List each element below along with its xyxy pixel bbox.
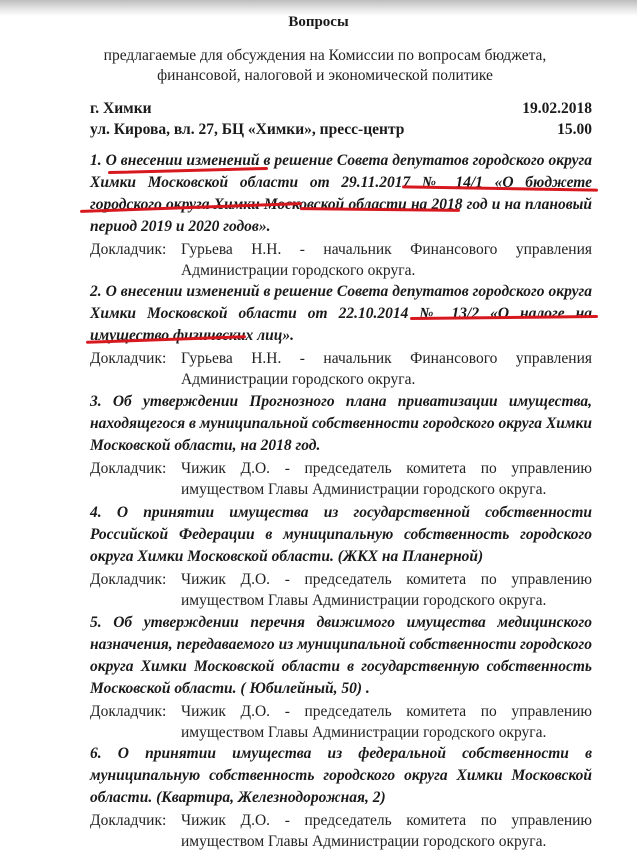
reporter-label: Докладчик: (90, 701, 181, 722)
meeting-time: 15.00 (557, 121, 592, 139)
reporter-row: Докладчик: Чижик Д.О. - председатель ком… (90, 458, 592, 479)
city: г. Химки (90, 100, 152, 118)
reporter-name: Чижик Д.О. - председатель комитета по уп… (181, 458, 592, 479)
agenda-item-title: 5. Об утверждении перечня движимого имущ… (90, 612, 592, 700)
agenda-item-title: 1. О внесении изменений в решение Совета… (90, 150, 592, 238)
reporter-row: Докладчик: Чижик Д.О. - председатель ком… (90, 569, 592, 590)
location-date-row: г. Химки 19.02.2018 (90, 100, 592, 118)
reporter-row: Докладчик: Гурьева Н.Н. - начальник Фина… (90, 348, 592, 369)
agenda-item-2: 2. О внесении изменений в решение Совета… (90, 281, 592, 390)
agenda-item-title: 3. Об утверждении Прогнозного плана прив… (90, 391, 592, 457)
reporter-position: Администрации городского округа. (90, 260, 592, 281)
reporter-label: Докладчик: (90, 348, 181, 369)
document-title: Вопросы (0, 14, 637, 31)
reporter-label: Докладчик: (90, 458, 181, 479)
document-subtitle: предлагаемые для обсуждения на Комиссии … (90, 46, 560, 86)
reporter-position: имуществом Главы Администрации городског… (90, 479, 592, 500)
reporter-label: Докладчик: (90, 810, 181, 831)
reporter-name: Чижик Д.О. - председатель комитета по уп… (181, 810, 592, 831)
reporter-row: Докладчик: Чижик Д.О. - председатель ком… (90, 810, 592, 831)
reporter-position: имуществом Главы Администрации городског… (90, 831, 592, 852)
address-time-row: ул. Кирова, вл. 27, БЦ «Химки», пресс-це… (90, 121, 592, 139)
agenda-item-3: 3. Об утверждении Прогнозного плана прив… (90, 391, 592, 500)
agenda-item-title: 4. О принятии имущества из государственн… (90, 502, 592, 568)
reporter-name: Чижик Д.О. - председатель комитета по уп… (181, 569, 592, 590)
reporter-label: Докладчик: (90, 569, 181, 590)
agenda-item-5: 5. Об утверждении перечня движимого имущ… (90, 612, 592, 743)
reporter-row: Докладчик: Гурьева Н.Н. - начальник Фина… (90, 239, 592, 260)
reporter-position: имуществом Главы Администрации городског… (90, 590, 592, 611)
reporter-position: Администрации городского округа. (90, 369, 592, 390)
reporter-name: Чижик Д.О. - председатель комитета по уп… (181, 701, 592, 722)
reporter-name: Гурьева Н.Н. - начальник Финансового упр… (181, 239, 592, 260)
address: ул. Кирова, вл. 27, БЦ «Химки», пресс-це… (90, 121, 404, 139)
agenda-item-title: 6. О принятии имущества из федеральной с… (90, 743, 592, 809)
meeting-date: 19.02.2018 (522, 100, 592, 118)
reporter-row: Докладчик: Чижик Д.О. - председатель ком… (90, 701, 592, 722)
reporter-name: Гурьева Н.Н. - начальник Финансового упр… (181, 348, 592, 369)
agenda-item-4: 4. О принятии имущества из государственн… (90, 502, 592, 611)
reporter-position: имуществом Главы Администрации городског… (90, 722, 592, 743)
reporter-label: Докладчик: (90, 239, 181, 260)
agenda-item-6: 6. О принятии имущества из федеральной с… (90, 743, 592, 852)
